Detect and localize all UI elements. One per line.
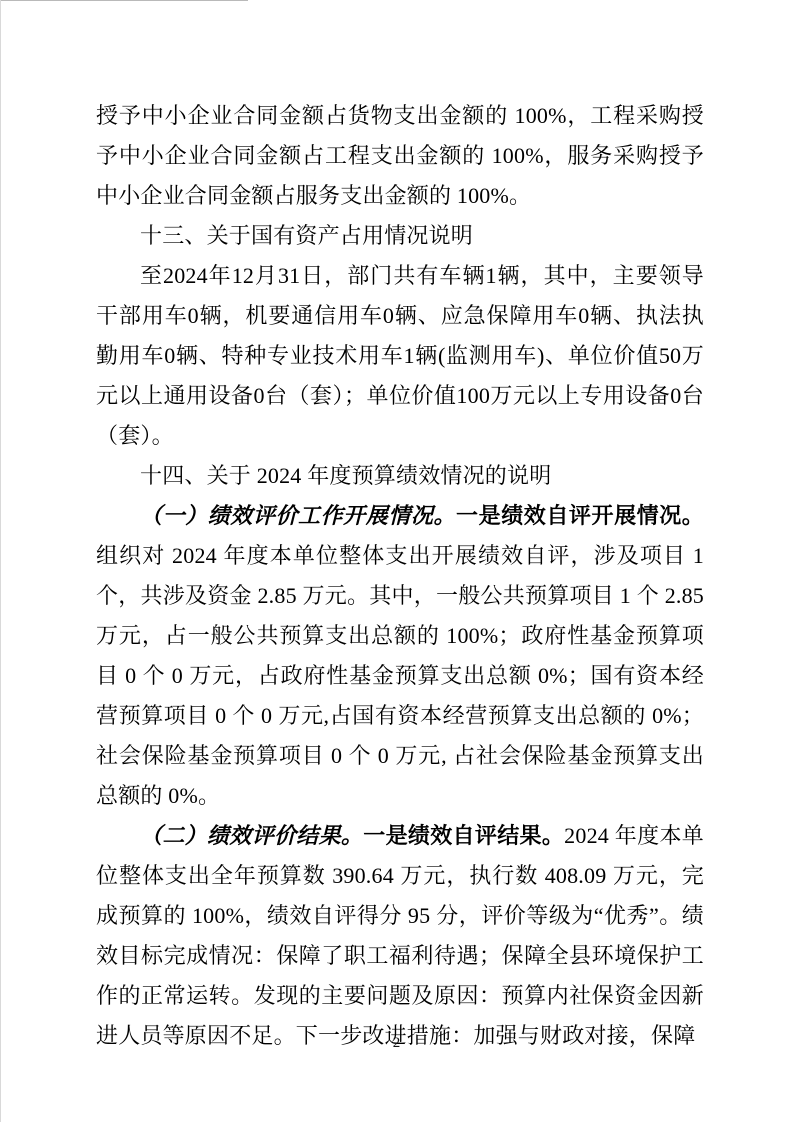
heading-section-13: 十三、关于国有资产占用情况说明 (96, 216, 704, 256)
page-edge-left-line (0, 0, 1, 1122)
heading-section-14: 十四、关于 2024 年度预算绩效情况的说明 (96, 456, 704, 496)
paragraph-performance-evaluation-work: （一）绩效评价工作开展情况。一是绩效自评开展情况。组织对 2024 年度本单位整… (96, 496, 704, 816)
body-text-evaluation-work: 组织对 2024 年度本单位整体支出开展绩效自评，涉及项目 1 个，共涉及资金 … (96, 543, 704, 808)
subheading-self-evaluation-bold: 一是绩效自评开展情况。 (456, 503, 704, 528)
paragraph-procurement-continuation: 授予中小企业合同金额占货物支出金额的 100%，工程采购授予中小企业合同金额占工… (96, 96, 704, 216)
body-text-evaluation-results: 2024 年度本单位整体支出全年预算数 390.64 万元，执行数 408.09… (96, 823, 704, 1048)
paragraph-performance-evaluation-results: （二）绩效评价结果。一是绩效自评结果。2024 年度本单位整体支出全年预算数 3… (96, 816, 704, 1056)
paragraph-state-assets-usage: 至2024年12月31日，部门共有车辆1辆，其中，主要领导干部用车0辆，机要通信… (96, 256, 704, 456)
document-body: 授予中小企业合同金额占货物支出金额的 100%，工程采购授予中小企业合同金额占工… (96, 96, 704, 1056)
subheading-evaluation-results-italic: （二）绩效评价结果。 (140, 823, 363, 848)
page-footer: 2 (0, 1033, 793, 1053)
document-page: 授予中小企业合同金额占货物支出金额的 100%，工程采购授予中小企业合同金额占工… (0, 0, 793, 1122)
page-number: 2 (393, 1035, 401, 1051)
subheading-evaluation-work-italic: （一）绩效评价工作开展情况。 (140, 503, 456, 528)
subheading-self-evaluation-results-bold: 一是绩效自评结果。 (363, 823, 564, 848)
page-edge-top-line (0, 0, 248, 1)
